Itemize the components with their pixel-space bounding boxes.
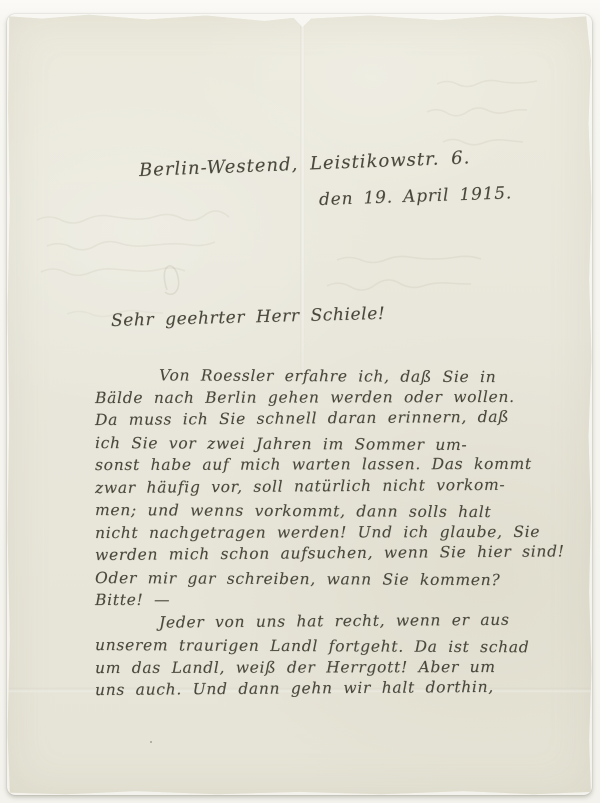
letter-body: Von Roessler erfahre ich, daß Sie in Bäl… <box>95 364 555 702</box>
body-line: uns auch. Und dann gehn wir halt dorthin… <box>95 675 555 701</box>
letter-page: Berlin-Westend, Leistikowstr. 6. den 19.… <box>7 14 592 795</box>
paper-speck <box>261 466 263 468</box>
body-line: werden mich schon aufsuchen, wenn Sie hi… <box>95 540 555 566</box>
body-line: Da muss ich Sie schnell daran erinnern, … <box>95 405 555 431</box>
body-line: Jeder von uns hat recht, wenn er aus <box>95 608 555 634</box>
photo-backdrop: Berlin-Westend, Leistikowstr. 6. den 19.… <box>0 0 600 803</box>
paper-speck <box>150 741 152 743</box>
body-line: zwar häufig vor, soll natürlich nicht vo… <box>95 473 555 499</box>
